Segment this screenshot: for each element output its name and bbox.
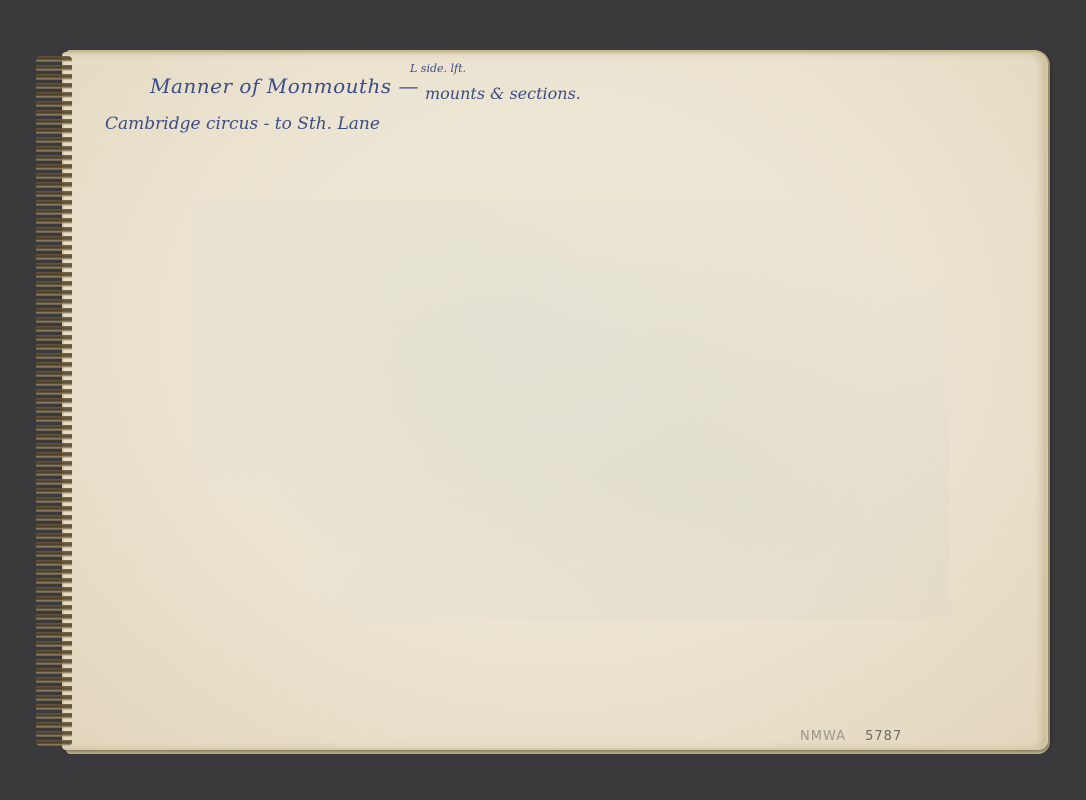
handwritten-line-1: Manner of Monmouths — (150, 74, 419, 98)
accession-prefix: NMWA (800, 729, 846, 744)
spiral-binding (36, 56, 72, 746)
handwritten-line-2: Cambridge circus - to Sth. Lane (105, 114, 380, 134)
faint-sketch-bleedthrough (190, 200, 950, 620)
accession-number: 5787 (865, 729, 902, 744)
handwritten-line-1-right: mounts & sections. (425, 84, 581, 103)
handwritten-superscript-note: L side. lft. (410, 62, 466, 75)
accession-stamp: NMWA 5787 (800, 729, 902, 744)
